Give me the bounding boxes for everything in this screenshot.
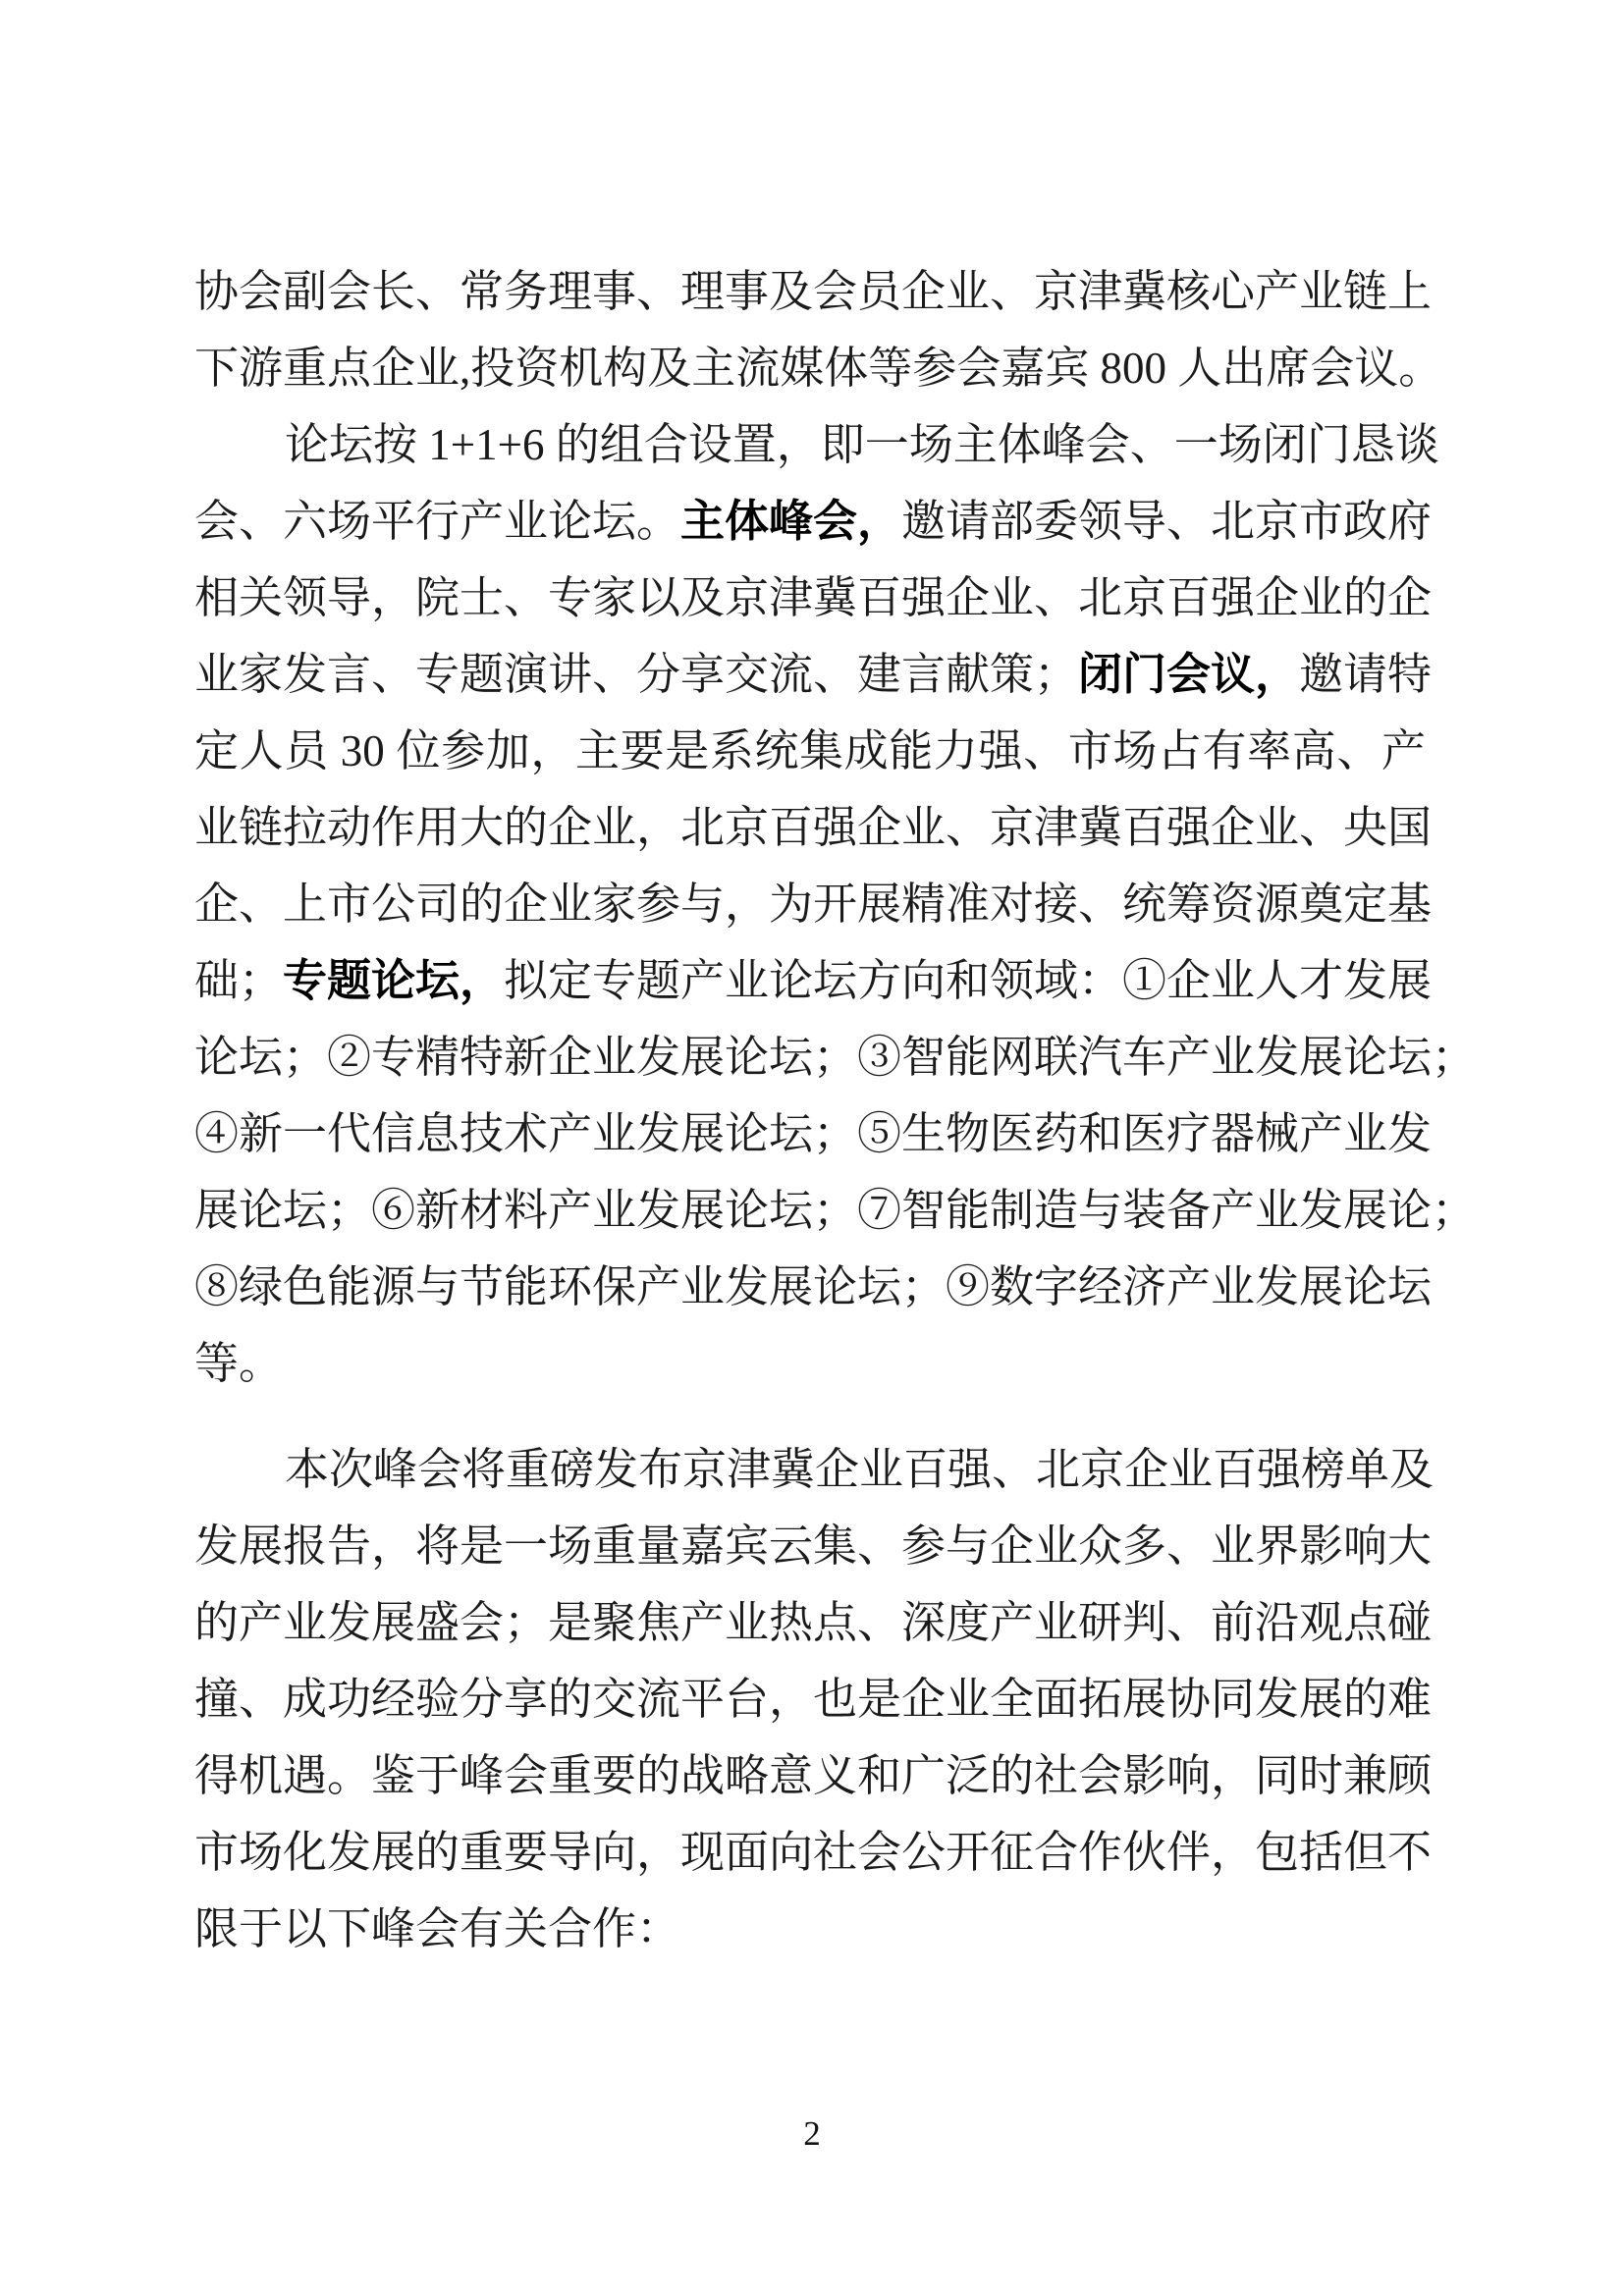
text-line: 论坛；②专精特新企业发展论坛；③智能网联汽车产业发展论坛； <box>194 1019 1426 1095</box>
bold-text-run: 专题论坛， <box>283 956 504 1005</box>
paragraph: 本次峰会将重磅发布京津冀企业百强、北京企业百强榜单及发展报告，将是一场重量嘉宾云… <box>194 1431 1426 1967</box>
text-line: 础；专题论坛，拟定专题产业论坛方向和领域：①企业人才发展 <box>194 942 1426 1019</box>
page-number: 2 <box>0 2112 1624 2156</box>
text-run: 企、上市公司的企业家参与，为开展精准对接、统筹资源奠定基 <box>194 880 1432 929</box>
text-line: 下游重点企业,投资机构及主流媒体等参会嘉宾 800 人出席会议。 <box>194 330 1426 406</box>
text-run: 邀请部委领导、北京市政府 <box>901 497 1432 546</box>
text-run: ④新一代信息技术产业发展论坛；⑤生物医药和医疗器械产业发 <box>194 1109 1432 1158</box>
text-run: 业链拉动作用大的企业，北京百强企业、京津冀百强企业、央国 <box>194 803 1432 852</box>
text-run: 会、六场平行产业论坛。 <box>194 497 680 546</box>
text-run: 下游重点企业,投资机构及主流媒体等参会嘉宾 800 人出席会议。 <box>194 344 1442 393</box>
text-run: 的产业发展盛会；是聚焦产业热点、深度产业研判、前沿观点碰 <box>194 1598 1432 1647</box>
text-run: 展论坛；⑥新材料产业发展论坛；⑦智能制造与装备产业发展论； <box>194 1186 1476 1235</box>
text-line: ⑧绿色能源与节能环保产业发展论坛；⑨数字经济产业发展论坛 <box>194 1249 1426 1325</box>
text-run: 限于以下峰会有关合作： <box>194 1904 680 1953</box>
text-run: 业家发言、专题演讲、分享交流、建言献策； <box>194 650 1078 699</box>
paragraph: 论坛按 1+1+6 的组合设置，即一场主体峰会、一场闭门恳谈会、六场平行产业论坛… <box>194 406 1426 1402</box>
document-page: 协会副会长、常务理事、理事及会员企业、京津冀核心产业链上下游重点企业,投资机构及… <box>0 0 1624 2296</box>
text-line: 撞、成功经验分享的交流平台，也是企业全面拓展协同发展的难 <box>194 1661 1426 1737</box>
text-line: 论坛按 1+1+6 的组合设置，即一场主体峰会、一场闭门恳谈 <box>194 406 1426 483</box>
text-run: 拟定专题产业论坛方向和领域：①企业人才发展 <box>504 956 1432 1005</box>
text-line: 限于以下峰会有关合作： <box>194 1891 1426 1967</box>
text-run: 撞、成功经验分享的交流平台，也是企业全面拓展协同发展的难 <box>194 1675 1432 1724</box>
text-run: 邀请特 <box>1299 650 1432 699</box>
bold-text-run: 闭门会议， <box>1078 650 1299 699</box>
text-line: 业家发言、专题演讲、分享交流、建言献策；闭门会议，邀请特 <box>194 636 1426 713</box>
text-run: 得机遇。鉴于峰会重要的战略意义和广泛的社会影响，同时兼顾 <box>194 1751 1432 1800</box>
text-line: 得机遇。鉴于峰会重要的战略意义和广泛的社会影响，同时兼顾 <box>194 1737 1426 1814</box>
text-run: 本次峰会将重磅发布京津冀企业百强、北京企业百强榜单及 <box>285 1445 1434 1494</box>
text-run: 定人员 30 位参加，主要是系统集成能力强、市场占有率高、产 <box>194 726 1426 775</box>
text-run: 发展报告，将是一场重量嘉宾云集、参与企业众多、业界影响大 <box>194 1522 1432 1571</box>
text-line: ④新一代信息技术产业发展论坛；⑤生物医药和医疗器械产业发 <box>194 1095 1426 1172</box>
text-run: 础； <box>194 956 283 1005</box>
text-run: 协会副会长、常务理事、理事及会员企业、京津冀核心产业链上 <box>194 267 1432 316</box>
text-line: 定人员 30 位参加，主要是系统集成能力强、市场占有率高、产 <box>194 713 1426 789</box>
text-line: 展论坛；⑥新材料产业发展论坛；⑦智能制造与装备产业发展论； <box>194 1172 1426 1249</box>
paragraph: 协会副会长、常务理事、理事及会员企业、京津冀核心产业链上下游重点企业,投资机构及… <box>194 253 1426 406</box>
text-line: 协会副会长、常务理事、理事及会员企业、京津冀核心产业链上 <box>194 253 1426 330</box>
text-run: 相关领导，院士、专家以及京津冀百强企业、北京百强企业的企 <box>194 573 1432 622</box>
text-line: 业链拉动作用大的企业，北京百强企业、京津冀百强企业、央国 <box>194 789 1426 866</box>
bold-text-run: 主体峰会， <box>680 497 901 546</box>
text-line: 相关领导，院士、专家以及京津冀百强企业、北京百强企业的企 <box>194 560 1426 636</box>
text-run: 论坛；②专精特新企业发展论坛；③智能网联汽车产业发展论坛； <box>194 1033 1476 1082</box>
text-line: 会、六场平行产业论坛。主体峰会，邀请部委领导、北京市政府 <box>194 483 1426 560</box>
text-run: ⑧绿色能源与节能环保产业发展论坛；⑨数字经济产业发展论坛 <box>194 1262 1432 1311</box>
text-run: 市场化发展的重要导向，现面向社会公开征合作伙伴，包括但不 <box>194 1828 1432 1877</box>
text-run: 论坛按 1+1+6 的组合设置，即一场主体峰会、一场闭门恳谈 <box>285 420 1439 469</box>
document-body: 协会副会长、常务理事、理事及会员企业、京津冀核心产业链上下游重点企业,投资机构及… <box>194 253 1426 1967</box>
text-line: 的产业发展盛会；是聚焦产业热点、深度产业研判、前沿观点碰 <box>194 1584 1426 1661</box>
text-run: 等。 <box>194 1339 283 1388</box>
text-line: 等。 <box>194 1325 1426 1402</box>
text-line: 本次峰会将重磅发布京津冀企业百强、北京企业百强榜单及 <box>194 1431 1426 1508</box>
text-line: 发展报告，将是一场重量嘉宾云集、参与企业众多、业界影响大 <box>194 1508 1426 1584</box>
text-line: 市场化发展的重要导向，现面向社会公开征合作伙伴，包括但不 <box>194 1814 1426 1891</box>
text-line: 企、上市公司的企业家参与，为开展精准对接、统筹资源奠定基 <box>194 866 1426 942</box>
